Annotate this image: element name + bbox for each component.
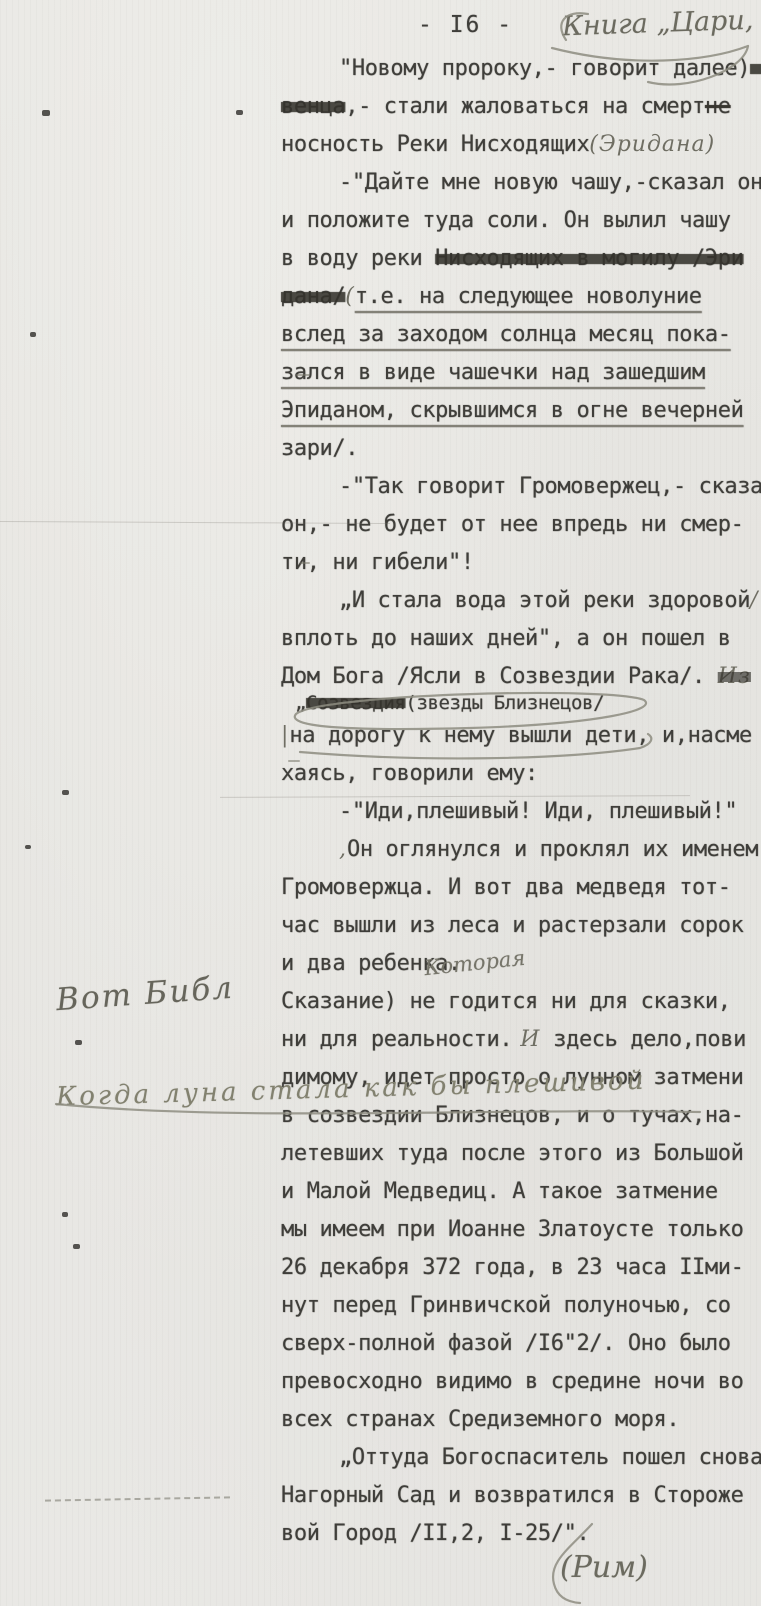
typed-segment: же: [750, 56, 761, 81]
text-line: он,- не будет от нее впредь ни смер-: [281, 506, 761, 544]
text-line: вслед за заходом солнца месяц пока-: [281, 316, 761, 354]
handwritten-note-rome: (Рим): [560, 1550, 648, 1585]
text-line: зался в виде чашечки над зашедшим: [281, 354, 761, 392]
typed-segment: ,- стали жаловаться на смерт: [345, 94, 705, 119]
handwritten-segment: (Эридана): [589, 132, 715, 157]
text-line: час вышли из леса и растерзали сорок: [281, 907, 761, 945]
text-line: вплоть до наших дней", а он пошел в: [281, 620, 761, 658]
text-line: летевших туда после этого из Большой: [281, 1135, 761, 1173]
typed-segment: т.е. на следующее новолуние: [355, 284, 702, 309]
text-line: ти, ни гибели"!: [281, 544, 761, 582]
text-line: зари/.: [281, 430, 761, 468]
text-line: носность Реки Нисходящих(Эридана): [281, 126, 761, 164]
text-line: |на дорогу к нему вышли дети, и,насме: [281, 717, 761, 755]
text-line: превосходно видимо в средине ночи во: [281, 1363, 761, 1401]
text-line: „И стала вода этой реки здоровой/: [281, 582, 761, 620]
typed-segment: Эпиданом, скрывшимся в огне вечерней: [281, 398, 743, 423]
typed-segment: превосходно видимо в средине ночи во: [281, 1369, 743, 1394]
typed-segment: "Новому пророку,- говорит далее): [339, 56, 750, 81]
text-line: в воду реки Нисходящих в могилу /Эри: [281, 240, 761, 278]
text-line: 26 декабря 372 года, в 23 часа IIми-: [281, 1249, 761, 1287]
typed-segment: хаясь, говорили ему:: [281, 761, 538, 786]
text-line: Эпиданом, скрывшимся в огне вечерней: [281, 392, 761, 430]
typed-segment: Нагорный Сад и возвратился в Стороже: [281, 1483, 743, 1508]
typed-segment: носность Реки Нисходящих: [281, 132, 589, 157]
text-line: Громовержца. И вот два медведя тот-: [281, 869, 761, 907]
typed-segment: и Малой Медведиц. А такое затмение: [281, 1179, 718, 1204]
text-line: ни для реальности. И здесь дело,пови: [281, 1021, 761, 1059]
typed-segment: Сказание): [281, 989, 397, 1014]
handwritten-segment: Из: [718, 664, 751, 689]
typed-segment: венца: [281, 94, 345, 119]
typed-segment: летевших туда после этого из Большой: [281, 1141, 743, 1166]
text-line: Нагорный Сад и возвратился в Стороже: [281, 1477, 761, 1515]
typed-segment: в воду реки: [281, 246, 435, 271]
text-line: мы имеем при Иоанне Златоусте только: [281, 1211, 761, 1249]
typed-segment: Созвездия: [306, 692, 405, 714]
page-number: - I6 -: [418, 12, 513, 38]
scan-speck: [62, 1212, 68, 1217]
typed-segment: Громовержца. И вот два медведя тот-: [281, 875, 731, 900]
typed-segment: на дорогу к нему вышли дети, и,насме: [289, 723, 751, 748]
typed-segment: 26 декабря 372 года, в 23 часа IIми-: [281, 1255, 743, 1280]
typed-segment: зался в виде чашечки над зашедшим: [281, 360, 705, 385]
pencil-dash-mark: [288, 760, 300, 762]
typed-segment: „И стала вода этой реки здоровой: [339, 588, 750, 613]
typed-segment: мы имеем при Иоанне Златоусте только: [281, 1217, 743, 1242]
text-line: Сказание) не годится ни для сказки,: [281, 983, 761, 1021]
scanned-page: - I6 - Книга „Цари, "Новому пророку,- го…: [0, 0, 761, 1606]
typed-segment: сверх-полной фазой /I6"2/. Оно было: [281, 1331, 731, 1356]
handwritten-margin-note: Вот Библ: [55, 970, 235, 1018]
text-line: хаясь, говорили ему:: [281, 755, 761, 793]
typed-segment: -"Дайте мне новую чашу,-сказал он,-: [339, 170, 761, 195]
scan-speck: [73, 1244, 80, 1249]
handwritten-segment: ,: [339, 837, 347, 862]
typed-segment: и положите туда соли. Он вылил чашу: [281, 208, 731, 233]
scan-speck: [75, 1040, 82, 1045]
typed-segment: вой Город /II,2, I-25/".: [281, 1521, 589, 1546]
typed-segment: в созвездии Близнецов, и о тучах,на-: [281, 1103, 743, 1128]
typed-segment: зари/.: [281, 436, 358, 461]
pencil-dash-mark: [300, 562, 310, 564]
text-line: дана/(т.е. на следующее новолуние: [281, 278, 761, 316]
typed-segment: не: [705, 94, 731, 119]
text-line: нут перед Гринвичской полуночью, со: [281, 1287, 761, 1325]
text-line: сверх-полной фазой /I6"2/. Оно было: [281, 1325, 761, 1363]
text-line: -"Дайте мне новую чашу,-сказал он,-: [281, 164, 761, 202]
typed-segment: нут перед Гринвичской полуночью, со: [281, 1293, 731, 1318]
typed-segment: всех странах Средиземного моря.: [281, 1407, 679, 1432]
typed-segment: вплоть до наших дней", а он пошел в: [281, 626, 731, 651]
typed-segment: не годится ни для сказки,: [397, 989, 731, 1014]
scan-speck: [25, 845, 31, 849]
typed-segment: „Оттуда Богоспаситель пошел снова в: [339, 1445, 761, 1470]
typed-segment: Он оглянулся и проклял их именем: [347, 837, 758, 862]
typed-segment: Нисходящих в могилу /Эри: [435, 246, 743, 271]
scan-speck: [42, 110, 50, 116]
handwritten-segment: /: [750, 588, 758, 613]
typed-segment: ни для реальности.: [281, 1027, 512, 1052]
text-line: -"Так говорит Громовержец,- сказал: [281, 468, 761, 506]
typed-segment: он,- не будет от нее впредь ни смер-: [281, 512, 743, 537]
typed-segment: „: [295, 692, 306, 714]
scan-speck: [30, 332, 36, 337]
text-block: "Новому пророку,- говорит далее) жевенца…: [281, 50, 761, 1553]
pencil-dash-mark: [296, 374, 310, 376]
text-line: вой Город /II,2, I-25/".: [281, 1515, 761, 1553]
text-line: "Новому пророку,- говорит далее) же: [281, 50, 761, 88]
text-line: венца,- стали жаловаться на смертне: [281, 88, 761, 126]
typed-segment: Дом Бога /Ясли в Созвездии Рака/.: [281, 664, 718, 689]
text-line: всех странах Средиземного моря.: [281, 1401, 761, 1439]
typed-segment: час вышли из леса и растерзали сорок: [281, 913, 743, 938]
typed-segment: -"Так говорит Громовержец,- сказал: [339, 474, 761, 499]
typed-segment: (звезды Близнецов/: [405, 692, 604, 714]
typed-segment: дана/: [281, 284, 345, 309]
handwritten-note-book-kings: Книга „Цари,: [562, 5, 754, 43]
text-line: и положите туда соли. Он вылил чашу: [281, 202, 761, 240]
text-line: „Оттуда Богоспаситель пошел снова в: [281, 1439, 761, 1477]
text-line: и Малой Медведиц. А такое затмение: [281, 1173, 761, 1211]
pencil-dashed-line: [45, 1496, 230, 1501]
handwritten-segment: (: [345, 284, 355, 309]
typed-segment: здесь дело,пови: [540, 1027, 746, 1052]
scan-speck: [62, 790, 69, 795]
handwritten-segment: И: [512, 1027, 540, 1052]
text-line: -"Иди,плешивый! Иди, плешивый!": [281, 793, 761, 831]
typed-segment: вслед за заходом солнца месяц пока-: [281, 322, 731, 347]
scan-speck: [236, 110, 243, 115]
typed-segment: -"Иди,плешивый! Иди, плешивый!": [339, 799, 737, 824]
text-line: ,Он оглянулся и проклял их именем: [281, 831, 761, 869]
